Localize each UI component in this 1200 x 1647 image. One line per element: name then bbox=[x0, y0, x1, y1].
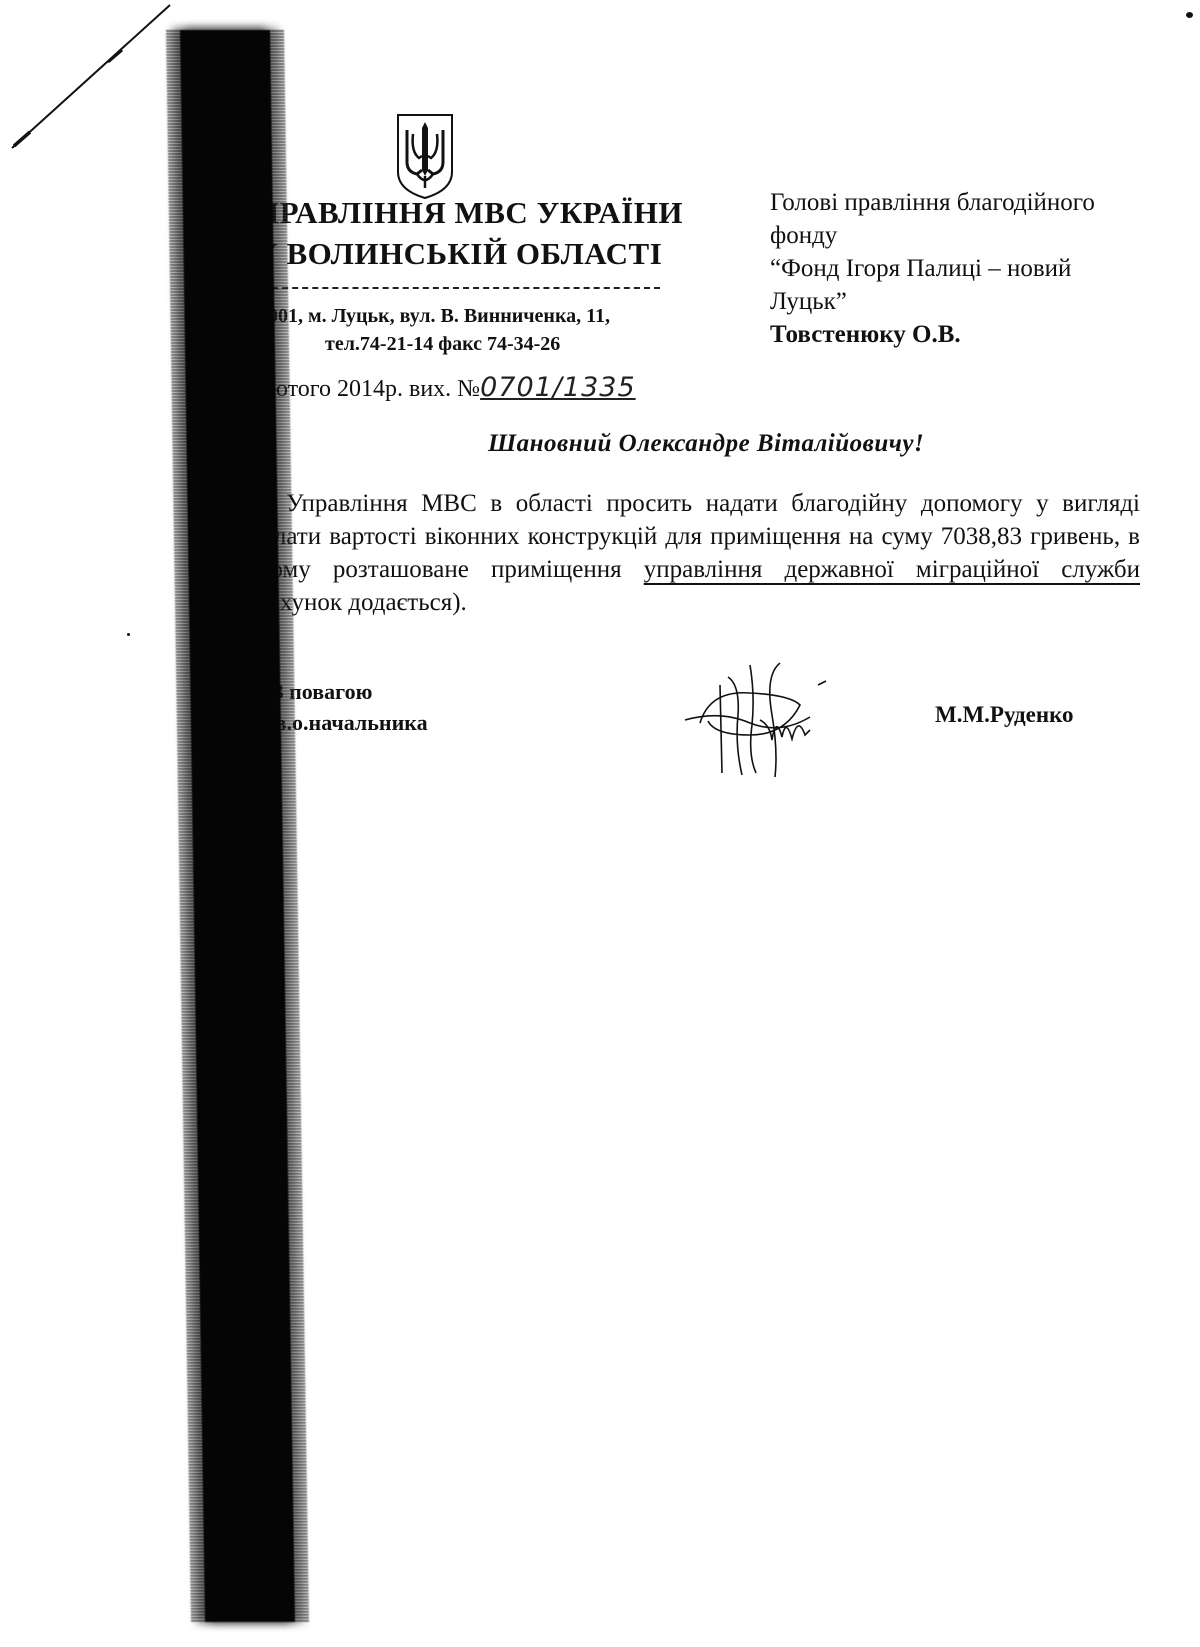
letterhead-divider bbox=[262, 287, 660, 289]
recipient-name: Товстенюку О.В. bbox=[770, 318, 1170, 351]
closing-regards: З повагою bbox=[272, 676, 428, 707]
scan-speck bbox=[1186, 12, 1193, 18]
org-name-line2: У ВОЛИНСЬКІЙ ОБЛАСТІ bbox=[255, 236, 662, 272]
outgoing-number: 0701/1335 bbox=[480, 372, 636, 403]
recipient-line1: Голові правління благодійного bbox=[770, 186, 1170, 219]
recipient-line3: “Фонд Ігоря Палиці – новий bbox=[770, 252, 1170, 285]
closing-block: З повагою т.в.о.начальника bbox=[272, 676, 428, 738]
org-name-line1: ПРАВЛІННЯ МВС УКРАЇНИ bbox=[255, 195, 683, 231]
signer-name: М.М.Руденко bbox=[935, 702, 1074, 728]
body-underlined-text: управління державної міграційної служби bbox=[644, 556, 1140, 583]
coat-of-arms-icon bbox=[395, 112, 455, 200]
salutation: Шановний Олександре Віталійовичу! bbox=[488, 430, 924, 458]
date-reference-line: лютого 2014р. вих. №0701/1335 bbox=[258, 372, 636, 403]
redaction-strip bbox=[180, 30, 295, 1622]
recipient-block: Голові правління благодійного фонду “Фон… bbox=[770, 186, 1170, 351]
letter-body: Управління МВС в області просить надати … bbox=[248, 487, 1140, 619]
recipient-line4: Луцьк” bbox=[770, 285, 1170, 318]
recipient-line2: фонду bbox=[770, 219, 1170, 252]
date-text: лютого 2014р. вих. № bbox=[258, 376, 480, 402]
scan-speck bbox=[127, 633, 130, 636]
address-line2: тел.74-21-14 факс 74-34-26 bbox=[325, 333, 560, 356]
handwritten-signature bbox=[680, 655, 840, 780]
address-line1: 3001, м. Луцьк, вул. В. Винниченка, 11, bbox=[258, 305, 610, 328]
